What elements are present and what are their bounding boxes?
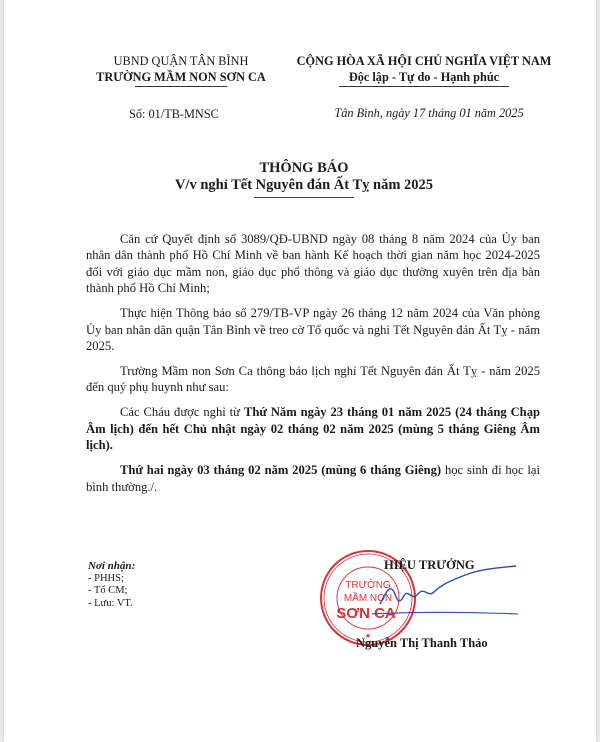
return-date: Thứ hai ngày 03 tháng 02 năm 2025 (mùng … — [120, 463, 441, 477]
paragraph-holiday-period: Các Cháu được nghỉ từ Thứ Năm ngày 23 th… — [86, 404, 540, 453]
national-header-block: CỘNG HÒA XÃ HỘI CHỦ NGHĨA VIỆT NAM Độc l… — [274, 53, 574, 87]
national-motto: Độc lập - Tự do - Hạnh phúc — [274, 69, 574, 85]
paragraph-announcement: Trường Mầm non Sơn Ca thông báo lịch ngh… — [86, 363, 540, 396]
document-title-block: THÔNG BÁO V/v nghỉ Tết Nguyên đán Ất Tỵ … — [4, 160, 600, 198]
holiday-intro: Các Cháu được nghỉ từ — [120, 405, 244, 419]
nation-name: CỘNG HÒA XÃ HỘI CHỦ NGHĨA VIỆT NAM — [274, 53, 574, 69]
issuing-authority-block: UBND QUẬN TÂN BÌNH TRƯỜNG MẦM NON SƠN CA — [86, 53, 276, 87]
paragraph-implementation: Thực hiện Thông báo số 279/TB-VP ngày 26… — [86, 305, 540, 354]
signer-name: Nguyễn Thị Thanh Thảo — [356, 636, 488, 651]
document-body: Căn cứ Quyết định số 3089/QĐ-UBND ngày 0… — [86, 231, 540, 504]
place-date: Tân Bình, ngày 17 tháng 01 năm 2025 — [304, 106, 554, 121]
title-underline — [254, 197, 354, 198]
paragraph-return-date: Thứ hai ngày 03 tháng 02 năm 2025 (mùng … — [86, 462, 540, 495]
recipient-item: - Tổ CM; — [88, 585, 135, 598]
document-title: THÔNG BÁO — [4, 160, 600, 177]
handwritten-signature — [372, 562, 522, 622]
recipient-item: - PHHS; — [88, 573, 135, 586]
recipients-block: Nơi nhận: - PHHS; - Tổ CM; - Lưu: VT. — [88, 560, 135, 610]
authority-name: UBND QUẬN TÂN BÌNH — [86, 53, 276, 69]
school-name: TRƯỜNG MẦM NON SƠN CA — [86, 69, 276, 85]
document-number: Số: 01/TB-MNSC — [129, 107, 219, 122]
document-page: UBND QUẬN TÂN BÌNH TRƯỜNG MẦM NON SƠN CA… — [4, 0, 596, 742]
recipients-label: Nơi nhận: — [88, 560, 135, 573]
paragraph-legal-basis: Căn cứ Quyết định số 3089/QĐ-UBND ngày 0… — [86, 231, 540, 297]
motto-underline — [339, 86, 509, 87]
school-underline — [135, 86, 227, 87]
recipient-item: - Lưu: VT. — [88, 598, 135, 611]
document-subject: V/v nghỉ Tết Nguyên đán Ất Tỵ năm 2025 — [4, 177, 600, 194]
